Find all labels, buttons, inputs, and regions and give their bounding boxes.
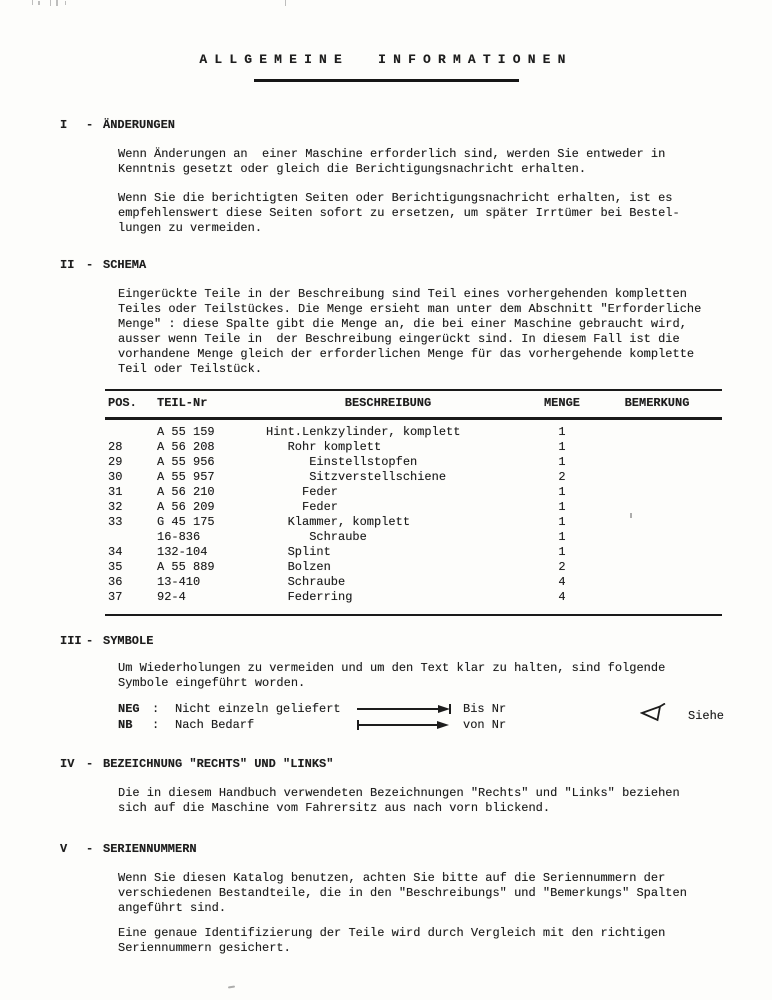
teil-nr-cell: A 55 159: [157, 425, 266, 440]
section-numeral: IV: [60, 757, 86, 772]
menge-cell: 1: [532, 500, 592, 515]
beschreibung-cell: Feder: [266, 500, 532, 515]
menge-cell: 1: [532, 545, 592, 560]
teil-nr-cell: A 55 957: [157, 470, 266, 485]
paragraph: Die in diesem Handbuch verwendeten Bezei…: [118, 786, 717, 816]
section-schema: II - SCHEMA Eingerückte Teile in der Bes…: [0, 258, 772, 377]
menge-cell: 1: [532, 440, 592, 455]
pos-cell: 28: [105, 440, 157, 455]
symbol-colon: :: [152, 718, 175, 733]
table-row: 36 13-410 Schraube 4: [105, 575, 722, 590]
section-heading: SERIENNUMMERN: [103, 842, 197, 857]
table-body: A 55 159 Hint.Lenkzylinder, komplett 1 2…: [105, 420, 722, 616]
menge-cell: 1: [532, 455, 592, 470]
paragraph: Eine genaue Identifizierung der Teile wi…: [118, 926, 717, 956]
beschreibung-cell: Einstellstopfen: [266, 455, 532, 470]
section-numeral: I: [60, 118, 86, 133]
siehe-symbol: Siehe: [640, 703, 724, 724]
bemerkung-cell: [592, 440, 722, 455]
beschreibung-cell: Hint.Lenkzylinder, komplett: [266, 425, 532, 440]
menge-cell: 4: [532, 575, 592, 590]
table-row: 31 A 56 210 Feder 1: [105, 485, 722, 500]
menge-cell: 4: [532, 590, 592, 605]
teil-nr-cell: A 55 889: [157, 560, 266, 575]
section-dash: -: [86, 258, 103, 273]
scan-artifact: [285, 0, 286, 6]
teil-nr-cell: 16-836: [157, 530, 266, 545]
teil-nr-cell: A 56 210: [157, 485, 266, 500]
parts-table: POS. TEIL-Nr BESCHREIBUNG MENGE BEMERKUN…: [105, 389, 722, 616]
header-pos: POS.: [105, 396, 157, 411]
menge-cell: 1: [532, 515, 592, 530]
section-numeral: III: [60, 634, 86, 649]
pos-cell: 37: [105, 590, 157, 605]
section-numeral: II: [60, 258, 86, 273]
pos-cell: 36: [105, 575, 157, 590]
beschreibung-cell: Klammer, komplett: [266, 515, 532, 530]
scan-artifact: [228, 986, 235, 989]
siehe-label: Siehe: [688, 709, 724, 724]
bemerkung-cell: [592, 425, 722, 440]
title-underline: [254, 79, 519, 82]
table-row: 30 A 55 957 Sitzverstellschiene 2: [105, 470, 722, 485]
teil-nr-cell: A 55 956: [157, 455, 266, 470]
symbol-colon: :: [152, 702, 175, 717]
beschreibung-cell: Bolzen: [266, 560, 532, 575]
symbol-meaning: Nicht einzeln geliefert: [175, 702, 355, 717]
beschreibung-cell: Feder: [266, 485, 532, 500]
bemerkung-cell: [592, 590, 722, 605]
scan-artifact: [38, 1, 40, 5]
pos-cell: 31: [105, 485, 157, 500]
scan-artifact: [630, 513, 632, 518]
pos-cell: [105, 530, 157, 545]
section-heading: BEZEICHNUNG "RECHTS" UND "LINKS": [103, 757, 333, 772]
arrow-label: von Nr: [463, 718, 506, 733]
beschreibung-cell: Rohr komplett: [266, 440, 532, 455]
symbol-meaning: Nach Bedarf: [175, 718, 355, 733]
document-page: ALLGEMEINE INFORMATIONEN I - ÄNDERUNGEN …: [0, 0, 772, 1000]
scan-artifact: [56, 0, 58, 6]
scan-artifact: [32, 0, 33, 5]
section-heading: SCHEMA: [103, 258, 146, 273]
beschreibung-cell: Federring: [266, 590, 532, 605]
beschreibung-cell: Sitzverstellschiene: [266, 470, 532, 485]
menge-cell: 1: [532, 530, 592, 545]
teil-nr-cell: 132-104: [157, 545, 266, 560]
pos-cell: [105, 425, 157, 440]
section-aenderungen: I - ÄNDERUNGEN Wenn Änderungen an einer …: [0, 118, 772, 236]
paragraph: Wenn Sie diesen Katalog benutzen, achten…: [118, 871, 717, 916]
scan-artifact: [50, 0, 51, 6]
siehe-flag-icon: [640, 703, 666, 723]
bemerkung-cell: [592, 575, 722, 590]
teil-nr-cell: 13-410: [157, 575, 266, 590]
section-seriennummern: V - SERIENNUMMERN Wenn Sie diesen Katalo…: [0, 842, 772, 956]
section-bezeichnung: IV - BEZEICHNUNG "RECHTS" UND "LINKS" Di…: [0, 757, 772, 816]
paragraph: Wenn Sie die berichtigten Seiten oder Be…: [118, 191, 717, 236]
arrow-to-bar-icon: [355, 703, 455, 715]
arrow-label: Bis Nr: [463, 702, 506, 717]
table-row: 29 A 55 956 Einstellstopfen 1: [105, 455, 722, 470]
section-dash: -: [86, 118, 103, 133]
section-numeral: V: [60, 842, 86, 857]
table-row: A 55 159 Hint.Lenkzylinder, komplett 1: [105, 425, 722, 440]
table-row: 35 A 55 889 Bolzen 2: [105, 560, 722, 575]
bemerkung-cell: [592, 485, 722, 500]
bemerkung-cell: [592, 470, 722, 485]
menge-cell: 1: [532, 485, 592, 500]
pos-cell: 29: [105, 455, 157, 470]
header-bemerkung: BEMERKUNG: [592, 396, 722, 411]
section-heading: ÄNDERUNGEN: [103, 118, 175, 133]
section-dash: -: [86, 757, 103, 772]
menge-cell: 1: [532, 425, 592, 440]
bemerkung-cell: [592, 500, 722, 515]
table-row: 34 132-104 Splint 1: [105, 545, 722, 560]
table-row: 28 A 56 208 Rohr komplett 1: [105, 440, 722, 455]
symbol-row-neg: NEG : Nicht einzeln geliefert Bis Nr: [118, 701, 717, 717]
menge-cell: 2: [532, 560, 592, 575]
pos-cell: 34: [105, 545, 157, 560]
section-heading: SYMBOLE: [103, 634, 153, 649]
pos-cell: 32: [105, 500, 157, 515]
header-menge: MENGE: [532, 396, 592, 411]
symbol-abbr: NEG: [118, 702, 152, 717]
bemerkung-cell: [592, 515, 722, 530]
symbol-abbr: NB: [118, 718, 152, 733]
pos-cell: 35: [105, 560, 157, 575]
teil-nr-cell: G 45 175: [157, 515, 266, 530]
beschreibung-cell: Splint: [266, 545, 532, 560]
bar-to-arrow-icon: [355, 719, 455, 731]
teil-nr-cell: A 56 208: [157, 440, 266, 455]
section-dash: -: [86, 842, 103, 857]
pos-cell: 30: [105, 470, 157, 485]
paragraph: Um Wiederholungen zu vermeiden und um de…: [118, 661, 717, 691]
bemerkung-cell: [592, 530, 722, 545]
table-row: 16-836 Schraube 1: [105, 530, 722, 545]
header-teil-nr: TEIL-Nr: [157, 396, 266, 411]
page-title: ALLGEMEINE INFORMATIONEN: [0, 52, 772, 67]
header-beschreibung: BESCHREIBUNG: [266, 396, 532, 411]
menge-cell: 2: [532, 470, 592, 485]
table-header-row: POS. TEIL-Nr BESCHREIBUNG MENGE BEMERKUN…: [105, 389, 722, 420]
bemerkung-cell: [592, 455, 722, 470]
table-row: 37 92-4 Federring 4: [105, 590, 722, 605]
bemerkung-cell: [592, 545, 722, 560]
symbol-row-nb: NB : Nach Bedarf von Nr: [118, 717, 717, 733]
section-dash: -: [86, 634, 103, 649]
scan-artifact: [65, 1, 66, 5]
teil-nr-cell: A 56 209: [157, 500, 266, 515]
beschreibung-cell: Schraube: [266, 575, 532, 590]
beschreibung-cell: Schraube: [266, 530, 532, 545]
paragraph: Wenn Änderungen an einer Maschine erford…: [118, 147, 717, 177]
symbol-legend: NEG : Nicht einzeln geliefert Bis Nr NB …: [118, 701, 717, 735]
teil-nr-cell: 92-4: [157, 590, 266, 605]
section-symbole: III - SYMBOLE Um Wiederholungen zu verme…: [0, 634, 772, 735]
paragraph: Eingerückte Teile in der Beschreibung si…: [118, 287, 717, 377]
bemerkung-cell: [592, 560, 722, 575]
pos-cell: 33: [105, 515, 157, 530]
